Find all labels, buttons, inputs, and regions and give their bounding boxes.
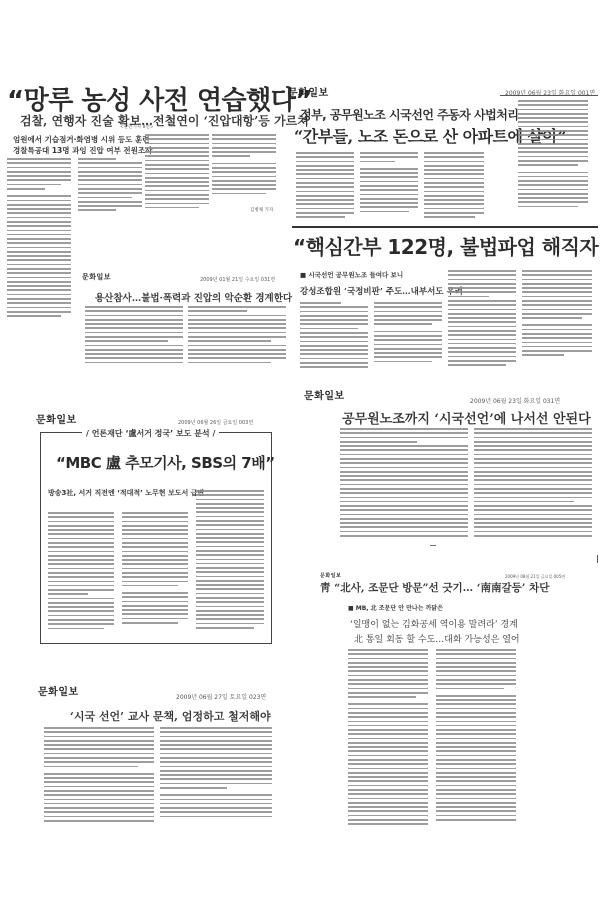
article-1-deck-1: 엄원에서 기습점거·화염병 시위 등도 훈련 [13, 134, 149, 145]
article-7-masthead: 문화일보 [320, 572, 341, 579]
article-5-body-col-1 [48, 512, 114, 638]
article-5-masthead: 문화일보 [36, 411, 77, 426]
article-5-body-col-2 [122, 512, 188, 638]
article-1-related-note: <관련기사 8면> [120, 124, 154, 130]
article-3-body-col-1 [300, 302, 368, 374]
article-6-masthead: 문화일보 [304, 387, 345, 402]
article-4-body-col-2 [188, 306, 286, 368]
article-1-byline: 김병채 기자 [250, 207, 273, 213]
article-8-headline: ‘시국 선언’ 교사 문책, 엄정하고 철저해야 [70, 708, 271, 724]
article-2-bottom-rule [292, 226, 598, 228]
article-7-subheadline-2: 北 통일 회동 할 수도…대화 가능성은 열어 [354, 632, 520, 645]
article-8-body-col-2 [160, 727, 272, 827]
article-7-headline: 靑 “北사, 조문단 방문”선 긋기… ‘南南갈등’ 차단 [320, 580, 549, 595]
article-6-body-col-2 [474, 428, 592, 542]
article-2-body-col-2 [360, 152, 418, 224]
article-7-section-tag: ■ MB, 北 조문단 안 만나는 까닭은 [348, 603, 443, 612]
article-5-body-col-3 [196, 490, 264, 638]
article-4-masthead: 문화일보 [82, 272, 111, 282]
article-2-body-col-3 [424, 152, 484, 224]
article-8-body-col-1 [44, 727, 154, 827]
article-2-body-col-4 [518, 100, 588, 208]
article-5-headline: “MBC 盧 추모기사, SBS의 7배” [56, 452, 275, 473]
article-1-body-col-2 [78, 158, 142, 216]
article-3-headline: “핵심간부 122명, 불법파업 해직자” [293, 231, 600, 260]
article-6-end-mark [430, 545, 436, 546]
article-1-subheadline: 검찰, 연행자 진술 확보…전철연이 ‘진압대항’등 가르쳐 [20, 112, 309, 129]
article-3-body-col-4 [522, 270, 592, 366]
article-2-top-rule [500, 95, 598, 96]
article-7-subheadline-1: ‘일맹이 없는 김화공세 역이용 말려라’ 경계 [350, 617, 518, 630]
article-1-body-col-3 [145, 134, 209, 216]
article-4-headline: 용산참사…불법·폭력과 진압의 악순환 경계한다 [95, 290, 292, 304]
article-6-headline: 공무원노조까지 ‘시국선언’에 나서선 안된다 [342, 408, 591, 427]
article-5-box-title: / 언론재단 ‘盧서거 정국’ 보도 분석 / [82, 428, 219, 439]
article-6-body-col-1 [340, 428, 468, 542]
article-3-body-col-3 [448, 270, 516, 374]
article-4-body-col-1 [85, 306, 183, 368]
article-2-kicker: 정부, 공무원노조 시국선언 주동자 사법처리 [300, 106, 518, 123]
edge-mark [597, 555, 598, 563]
article-2-body-col-1 [296, 152, 354, 224]
article-5-dateline: 2009년 06월 26일 금요일 003면 [178, 419, 253, 426]
article-1-deck-2: 경찰특공대 13명 과잉 진압 여부 전원조사 [13, 145, 152, 156]
article-1-body-col-4 [212, 134, 276, 208]
article-6-dateline: 2009년 06월 23일 화요일 031면 [470, 396, 560, 405]
article-3-section-tag: ■ 시국선언 공무원노조 들여다 보니 [300, 270, 403, 279]
article-7-body-col-1 [348, 649, 428, 831]
article-1-body-col-1 [7, 158, 71, 323]
article-3-body-col-2 [374, 302, 442, 374]
article-7-body-col-2 [436, 649, 516, 831]
article-3-subheadline: 강성조합원 ‘국정비판’ 주도…내부서도 우려 [300, 285, 463, 297]
article-8-masthead: 문화일보 [38, 683, 79, 698]
article-5-subheadline: 방송3社, 서거 직전엔 ‘적대적’ 노무현 보도서 급변 [48, 488, 204, 498]
article-2-masthead: 문화일보 [288, 84, 329, 99]
article-8-dateline: 2009년 06월 27일 토요일 023면 [176, 692, 266, 701]
article-4-dateline: 2009년 01월 21일 수요일 031면 [200, 276, 275, 283]
